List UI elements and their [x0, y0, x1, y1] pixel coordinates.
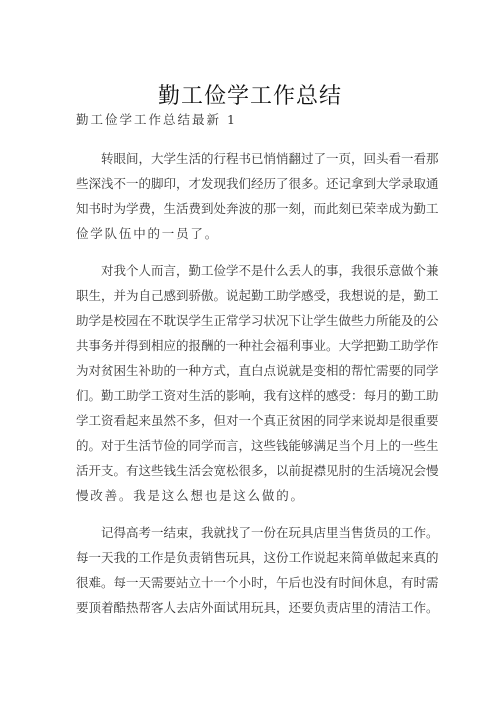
paragraph-line: 对我个人而言，勤工俭学不是什么丢人的事，我很乐意做个兼	[76, 258, 416, 283]
paragraph-line: 的。对于生活节俭的同学而言，这些钱能够满足当个月上的一些生	[76, 433, 416, 458]
document-title: 勤工俭学工作总结	[0, 82, 500, 112]
paragraph-line: 俭学队伍中的一员了。	[76, 221, 416, 246]
paragraph-line: 些深浅不一的脚印，才发现我们经历了很多。还记拿到大学录取通	[76, 171, 416, 196]
paragraph-line: 慢改善。我是这么想也是这么做的。	[76, 483, 416, 508]
paragraph-line: 助学是校园在不耽误学生正常学习状况下让学生做些力所能及的公	[76, 308, 416, 333]
paragraph-line: 记得高考一结束，我就找了一份在玩具店里当售货员的工作。	[76, 520, 416, 545]
paragraph-line: 学工资看起来虽然不多，但对一个真正贫困的同学来说却是很重要	[76, 408, 416, 433]
paragraph-3: 记得高考一结束，我就找了一份在玩具店里当售货员的工作。 每一天我的工作是负责销售…	[76, 520, 416, 620]
paragraph-line: 很难。每一天需要站立十一个小时，午后也没有时间休息，有时需	[76, 570, 416, 595]
paragraph-line: 知书时为学费，生活费到处奔波的那一刻，而此刻已荣幸成为勤工	[76, 196, 416, 221]
paragraph-2: 对我个人而言，勤工俭学不是什么丢人的事，我很乐意做个兼 职生，并为自己感到骄傲。…	[76, 258, 416, 508]
paragraph-line: 每一天我的工作是负责销售玩具，这份工作说起来简单做起来真的	[76, 545, 416, 570]
paragraph-line: 为对贫困生补助的一种方式，直白点说就是变相的帮忙需要的同学	[76, 358, 416, 383]
paragraph-line: 职生，并为自己感到骄傲。说起勤工助学感受，我想说的是，勤工	[76, 283, 416, 308]
paragraph-line: 要顶着酷热帮客人去店外面试用玩具，还要负责店里的清洁工作。	[76, 595, 416, 620]
paragraph-line: 转眼间，大学生活的行程书已悄悄翻过了一页，回头看一看那	[76, 146, 416, 171]
paragraph-line: 活开支。有这些钱生活会宽松很多，以前捉襟见肘的生活境况会慢	[76, 458, 416, 483]
paragraph-line: 共事务并得到相应的报酬的一种社会福利事业。大学把勤工助学作	[76, 333, 416, 358]
document-subtitle: 勤工俭学工作总结最新 1	[76, 110, 237, 130]
paragraph-1: 转眼间，大学生活的行程书已悄悄翻过了一页，回头看一看那 些深浅不一的脚印，才发现…	[76, 146, 416, 246]
document-page: 勤工俭学工作总结 勤工俭学工作总结最新 1 转眼间，大学生活的行程书已悄悄翻过了…	[0, 0, 500, 707]
paragraph-line: 们。勤工助学工资对生活的影响，我有这样的感受：每月的勤工助	[76, 383, 416, 408]
